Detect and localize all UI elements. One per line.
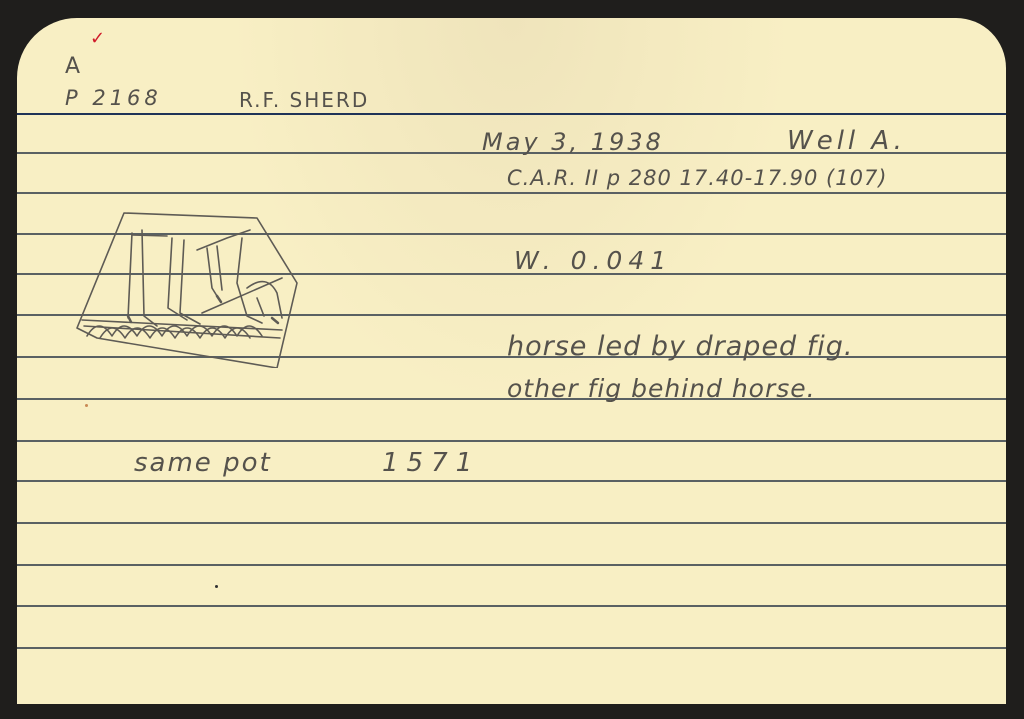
check-mark-icon: ✓ — [90, 28, 105, 49]
ruled-line — [17, 605, 1006, 607]
ruled-line — [17, 564, 1006, 566]
excavation-date: May 3, 1938 — [482, 128, 664, 156]
ruled-line — [17, 647, 1006, 649]
join-note-text: same pot — [134, 448, 272, 478]
dimension: W. 0.041 — [514, 246, 672, 275]
ruled-line — [17, 480, 1006, 482]
section-letter: A — [65, 54, 81, 79]
find-context: Well A. — [787, 126, 906, 156]
inventory-number: P 2168 — [65, 86, 162, 110]
object-type: R.F. SHERD — [239, 88, 369, 112]
ruled-line — [17, 522, 1006, 524]
description-line-1: horse led by draped fig. — [507, 331, 854, 362]
paper-speck — [215, 585, 218, 588]
ruled-line — [17, 440, 1006, 442]
description-line-2: other fig behind horse. — [507, 374, 816, 403]
index-card: ✓ A P 2168 R.F. SHERD May 3, 1938 Well A… — [17, 18, 1006, 704]
notebook-reference: C.A.R. II p 280 17.40-17.90 (107) — [507, 166, 888, 190]
sherd-sketch-icon — [72, 208, 302, 368]
ruled-line — [17, 192, 1006, 194]
paper-speck — [85, 404, 88, 407]
header-rule — [17, 113, 1006, 115]
join-note-number: 1571 — [382, 448, 480, 478]
